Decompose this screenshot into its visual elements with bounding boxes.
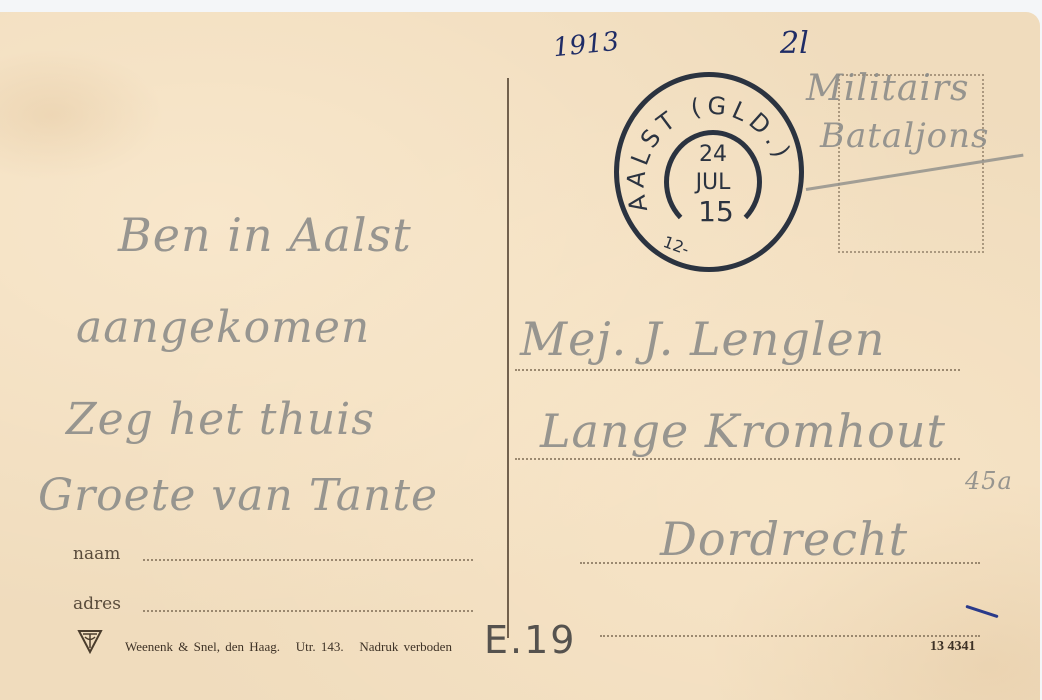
address-line-1 (515, 369, 960, 371)
publisher-logo-icon (77, 628, 103, 654)
message-line-2: aangekomen (76, 302, 370, 353)
address-line-2 (515, 458, 960, 460)
stamp-area-text-1: Militairs (806, 68, 970, 109)
publisher-name: Weenenk & Snel, den Haag. (125, 639, 280, 654)
postmark-month: JUL (676, 172, 750, 194)
recipient-city: Dordrecht (660, 512, 908, 566)
recipient-name: Mej. J. Lenglen (520, 312, 885, 366)
message-line-4: Groete van Tante (38, 470, 438, 521)
recipient-street: Lange Kromhout (540, 404, 946, 458)
rubber-stamp-e19: E.19 (484, 618, 576, 662)
imprint-line: Weenenk & Snel, den Haag. Utr. 143. Nadr… (125, 639, 452, 655)
center-divider (507, 78, 509, 638)
address-line-4 (600, 635, 980, 637)
stamp-area-text-2: Bataljons (820, 116, 989, 156)
message-line-1: Ben in Aalst (118, 208, 412, 262)
message-line-3: Zeg het thuis (66, 394, 375, 445)
name-field-line[interactable] (143, 559, 473, 561)
series-number: Utr. 143. (296, 639, 344, 654)
address-label: adres (73, 594, 121, 614)
catalog-number: 13 4341 (930, 639, 976, 655)
address-line-3 (580, 562, 980, 564)
address-field-line[interactable] (143, 610, 473, 612)
reprint-notice: Nadruk verboden (359, 639, 452, 654)
postmark-year: 15 (686, 198, 746, 226)
name-label: naam (73, 544, 120, 564)
recipient-house-number: 45a (965, 467, 1013, 495)
year-annotation: 1913 (552, 27, 621, 64)
mark-annotation: 2l (780, 26, 809, 61)
postcard: Ben in Aalst aangekomen Zeg het thuis Gr… (0, 12, 1040, 700)
postmark-day: 24 (680, 144, 746, 166)
ink-mark (965, 605, 998, 618)
